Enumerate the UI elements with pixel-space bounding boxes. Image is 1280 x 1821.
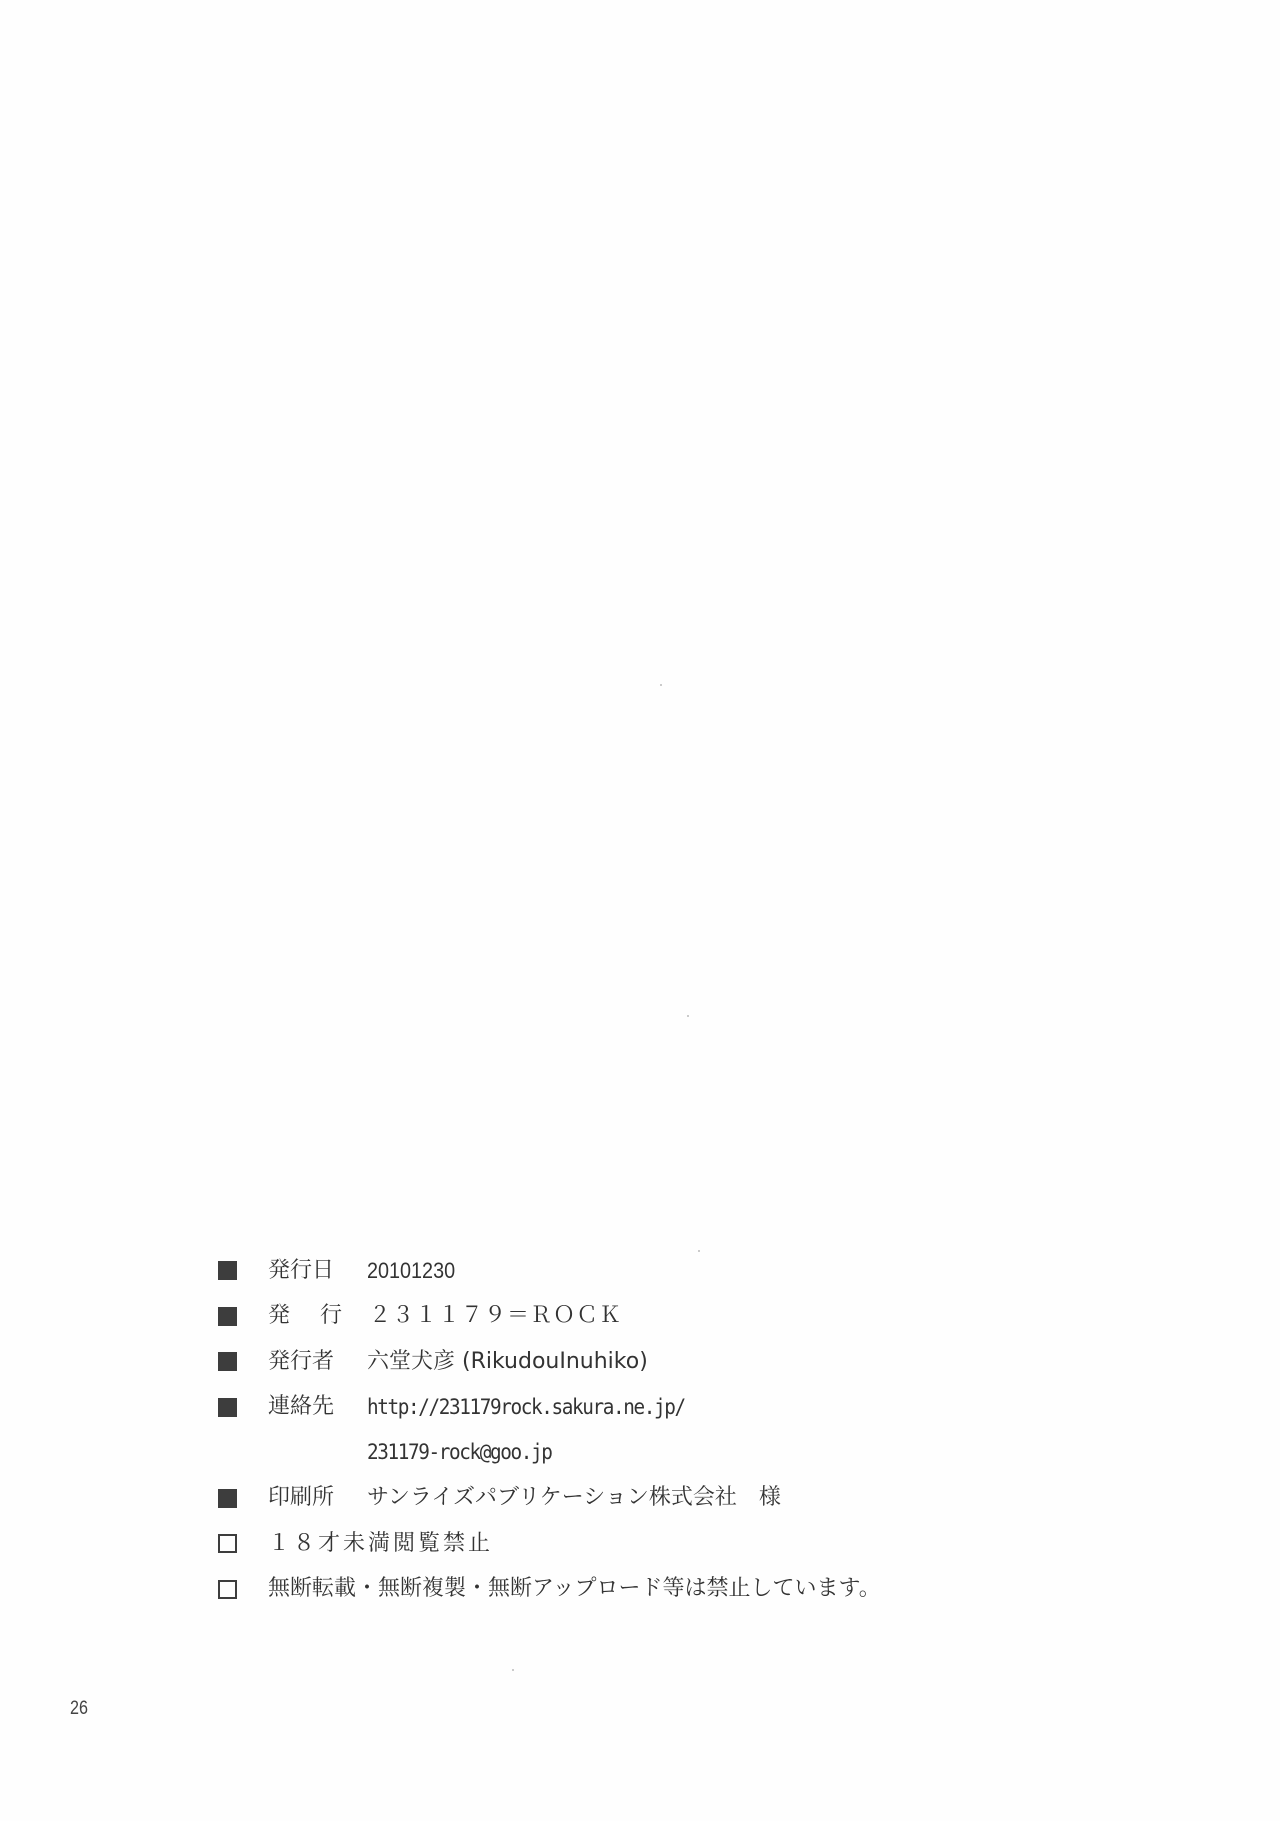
contact-url-link[interactable]: http://231179rock.sakura.ne.jp/ — [367, 1397, 685, 1418]
scan-speck — [660, 684, 662, 686]
publisher-label: 発行 — [268, 1305, 372, 1327]
age-restriction-notice: １８才未満閲覧禁止 — [268, 1533, 493, 1555]
notice-row-age-restriction: １８才未満閲覧禁止 — [218, 1521, 1118, 1567]
colophon-row-contact: 連絡先 http://231179rock.sakura.ne.jp/ — [218, 1385, 1118, 1431]
hollow-square-bullet-icon — [218, 1534, 237, 1553]
contact-label: 連絡先 — [268, 1396, 334, 1418]
author-value: 六堂犬彦 (RikudouInuhiko) — [367, 1351, 648, 1373]
page-number: 26 — [70, 1698, 88, 1720]
colophon-block: 発行日 20101230 発行 ２３１１７９＝ＲＯＣＫ 発行者 六堂犬彦 (Ri… — [218, 1248, 1118, 1612]
colophon-row-contact-email: 231179-rock@goo.jp — [218, 1430, 1118, 1476]
filled-square-bullet-icon — [218, 1489, 237, 1508]
filled-square-bullet-icon — [218, 1307, 237, 1326]
issue-date-label: 発行日 — [268, 1260, 334, 1282]
contact-email-link[interactable]: 231179-rock@goo.jp — [367, 1442, 552, 1463]
author-label: 発行者 — [268, 1351, 334, 1373]
colophon-row-issue-date: 発行日 20101230 — [218, 1248, 1118, 1294]
filled-square-bullet-icon — [218, 1352, 237, 1371]
printer-value: サンライズパブリケーション株式会社 様 — [367, 1487, 781, 1509]
issue-date-value: 20101230 — [367, 1260, 455, 1282]
colophon-row-publisher: 発行 ２３１１７９＝ＲＯＣＫ — [218, 1294, 1118, 1340]
filled-square-bullet-icon — [218, 1398, 237, 1417]
hollow-square-bullet-icon — [218, 1580, 237, 1599]
publisher-value: ２３１１７９＝ＲＯＣＫ — [369, 1305, 622, 1327]
filled-square-bullet-icon — [218, 1261, 237, 1280]
printed-page: 発行日 20101230 発行 ２３１１７９＝ＲＯＣＫ 発行者 六堂犬彦 (Ri… — [0, 0, 1280, 1821]
copyright-notice: 無断転載・無断複製・無断アップロード等は禁止しています。 — [268, 1578, 881, 1600]
printer-label: 印刷所 — [268, 1487, 334, 1509]
colophon-row-printer: 印刷所 サンライズパブリケーション株式会社 様 — [218, 1476, 1118, 1522]
scan-speck — [687, 1015, 689, 1017]
scan-speck — [512, 1669, 514, 1671]
empty-bullet-spacer — [218, 1443, 237, 1462]
notice-row-copyright: 無断転載・無断複製・無断アップロード等は禁止しています。 — [218, 1567, 1118, 1613]
colophon-row-author: 発行者 六堂犬彦 (RikudouInuhiko) — [218, 1339, 1118, 1385]
